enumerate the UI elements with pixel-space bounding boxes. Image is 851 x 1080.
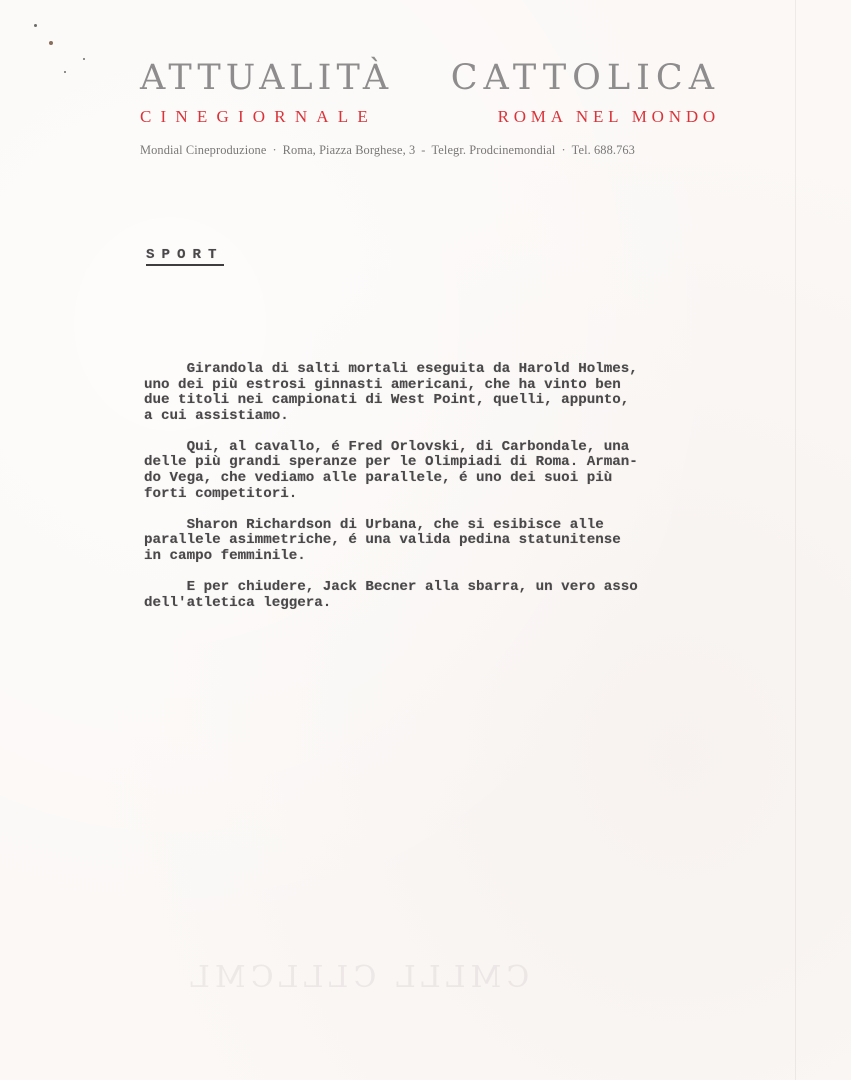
masthead-title: ATTUALITÀ CATTOLICA: [140, 58, 720, 98]
telephone-number: Tel. 688.763: [572, 143, 635, 157]
telegram-address: Telegr. Prodcinemondial: [432, 143, 556, 157]
letterhead-address: Mondial Cineproduzione·Roma, Piazza Borg…: [140, 143, 720, 158]
masthead-subtitle-left: CINEGIORNALE: [140, 107, 377, 127]
address-separator: -: [421, 143, 425, 158]
masthead-subtitle: CINEGIORNALE ROMA NEL MONDO: [140, 107, 720, 127]
letterhead: ATTUALITÀ CATTOLICA CINEGIORNALE ROMA NE…: [140, 58, 720, 158]
document-body: Girandola di salti mortali eseguita da H…: [144, 362, 744, 627]
masthead-subtitle-right: ROMA NEL MONDO: [498, 107, 720, 127]
paragraph-holmes: Girandola di salti mortali eseguita da H…: [144, 362, 744, 424]
masthead-title-left: ATTUALITÀ: [140, 58, 393, 98]
section-title: SPORT: [146, 248, 224, 266]
paragraph-becner: E per chiudere, Jack Becner alla sbarra,…: [144, 580, 744, 611]
paper-speck: [34, 24, 37, 27]
paper-speck: [49, 41, 53, 45]
masthead-title-right: CATTOLICA: [451, 58, 720, 98]
bleed-through-mark: ⅭⅯⅬⅬⅬ ⅭⅬⅬⅬⅭⅯⅬ: [185, 960, 529, 995]
company-name: Mondial Cineproduzione: [140, 143, 266, 157]
address-separator: ·: [561, 143, 565, 158]
address-separator: ·: [272, 143, 276, 158]
street-address: Roma, Piazza Borghese, 3: [283, 143, 416, 157]
paragraph-richardson: Sharon Richardson di Urbana, che si esib…: [144, 518, 744, 565]
paper-speck: [64, 71, 66, 73]
paper-fold-line: [795, 0, 796, 1080]
paragraph-orlovski: Qui, al cavallo, é Fred Orlovski, di Car…: [144, 440, 744, 502]
paper-speck: [83, 58, 85, 60]
document-page: ATTUALITÀ CATTOLICA CINEGIORNALE ROMA NE…: [0, 0, 851, 1080]
